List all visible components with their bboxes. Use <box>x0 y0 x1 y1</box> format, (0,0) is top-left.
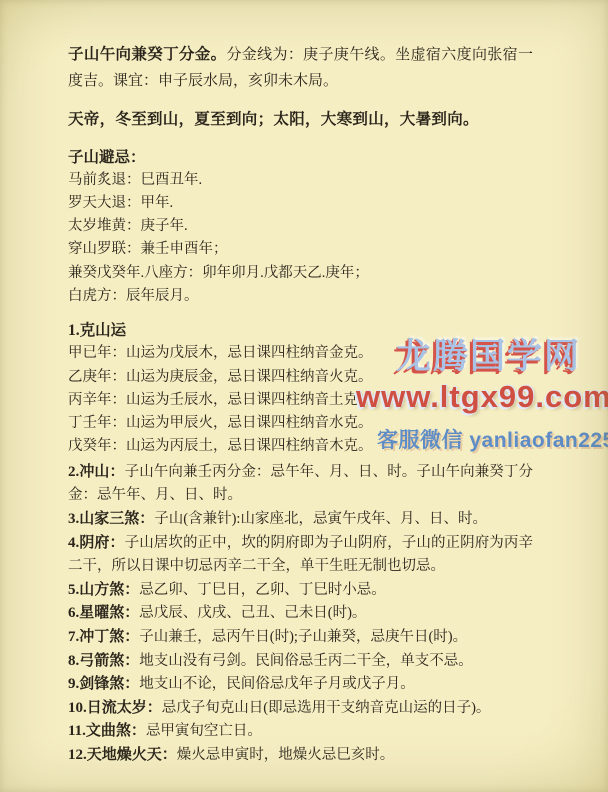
item-label: 11.文曲煞： <box>68 723 146 739</box>
taboo-item: 罗天大退：甲年. <box>68 192 533 215</box>
keshanyun-list: 甲已年：山运为戊辰木，忌日课四柱纳音金克。 乙庚年：山运为庚辰金，忌日课四柱纳音… <box>68 342 533 458</box>
item-label: 7.冲丁煞： <box>68 629 139 645</box>
item-text: 地支山不论，民间俗忌戊年子月或戊子月。 <box>139 676 415 692</box>
numbered-item-4: 4.阴府：子山居坎的正中，坎的阴府即为子山阴府，子山的正阴府为丙辛二干，所以日课… <box>68 532 533 579</box>
keshanyun-item: 丙辛年：山运为壬辰水，忌日课四柱纳音土克。 <box>68 389 533 412</box>
tiandi-paragraph: 天帝，冬至到山，夏至到向；太阳，大寒到山，大暑到向。 <box>68 110 533 130</box>
item-text: 子山午向兼壬丙分金：忌午年、月、日、时。子山午向兼癸丁分金：忌午年、月、日、时。 <box>68 464 533 504</box>
taboo-item: 太岁堆黄：庚子年. <box>68 215 533 238</box>
numbered-item-11: 11.文曲煞：忌甲寅旬空亡日。 <box>68 720 533 744</box>
item-text: 子山(含兼针):山家座北，忌寅午戌年、月、日、时。 <box>154 511 487 527</box>
item-label: 2.冲山： <box>68 464 125 480</box>
taboo-list: 马前炙退：巳酉丑年. 罗天大退：甲年. 太岁堆黄：庚子年. 穿山罗联：兼壬申酉年… <box>68 169 533 309</box>
item-label: 5.山方煞： <box>68 582 139 598</box>
item-label: 9.剑锋煞： <box>68 676 139 692</box>
item-label: 3.山家三煞： <box>68 511 154 527</box>
item-label: 8.弓箭煞： <box>68 653 139 669</box>
item-label: 4.阴府： <box>68 535 125 551</box>
keshanyun-item: 戊癸年：山运为丙辰土，忌日课四柱纳音木克。 <box>68 435 533 458</box>
item-text: 忌戊子旬克山日(即忌选用干支纳音克山运的日子)。 <box>162 700 491 716</box>
taboo-item: 兼癸戊癸年.八座方：卯年卯月.戊都天乙.庚年； <box>68 262 533 285</box>
numbered-item-7: 7.冲丁煞：子山兼壬，忌丙午日(时);子山兼癸，忌庚午日(时)。 <box>68 626 533 650</box>
item-text: 子山兼壬，忌丙午日(时);子山兼癸，忌庚午日(时)。 <box>139 629 467 645</box>
item-text: 子山居坎的正中，坎的阴府即为子山阴府，子山的正阴府为丙辛二干，所以日课中切忌丙辛… <box>68 535 533 575</box>
numbered-item-3: 3.山家三煞：子山(含兼针):山家座北，忌寅午戌年、月、日、时。 <box>68 508 533 532</box>
item-label: 6.星曜煞： <box>68 605 139 621</box>
numbered-item-9: 9.剑锋煞：地支山不论，民间俗忌戊年子月或戊子月。 <box>68 673 533 697</box>
item-text: 地支山没有弓剑。民间俗忌壬丙二干全，单支不忌。 <box>139 653 473 669</box>
item-label: 10.日流太岁： <box>68 700 162 716</box>
taboo-item: 白虎方：辰年辰月。 <box>68 285 533 308</box>
fenjin-paragraph: 子山午向兼癸丁分金。分金线为：庚子庚午线。坐虚宿六度向张宿一度吉。课宜：申子辰水… <box>68 42 533 94</box>
item-text: 燥火忌申寅时，地燥火忌巳亥时。 <box>177 747 395 763</box>
numbered-item-6: 6.星曜煞：忌戊辰、戊戌、己丑、己未日(时)。 <box>68 602 533 626</box>
page-content: 子山午向兼癸丁分金。分金线为：庚子庚午线。坐虚宿六度向张宿一度吉。课宜：申子辰水… <box>68 27 533 767</box>
keshanyun-item: 甲已年：山运为戊辰木，忌日课四柱纳音金克。 <box>68 342 533 365</box>
fenjin-heading: 子山午向兼癸丁分金。 <box>68 46 226 63</box>
keshanyun-item: 丁壬年：山运为甲辰火，忌日课四柱纳音水克。 <box>68 412 533 435</box>
keshanyun-section-title: 1.克山运 <box>68 319 533 342</box>
item-text: 忌甲寅旬空亡日。 <box>146 723 262 739</box>
numbered-item-12: 12.天地燥火天：燥火忌申寅时，地燥火忌巳亥时。 <box>68 744 533 768</box>
keshanyun-item: 乙庚年：山运为庚辰金，忌日课四柱纳音火克。 <box>68 366 533 389</box>
item-label: 12.天地燥火天： <box>68 747 177 763</box>
numbered-rules-list: 2.冲山：子山午向兼壬丙分金：忌午年、月、日、时。子山午向兼癸丁分金：忌午年、月… <box>68 461 533 768</box>
numbered-item-10: 10.日流太岁：忌戊子旬克山日(即忌选用干支纳音克山运的日子)。 <box>68 697 533 721</box>
taboo-item: 马前炙退：巳酉丑年. <box>68 169 533 192</box>
taboo-section-title: 子山避忌： <box>68 146 533 169</box>
item-text: 忌乙卯、丁巳日，乙卯、丁巳时小忌。 <box>139 582 386 598</box>
item-text: 忌戊辰、戊戌、己丑、己未日(时)。 <box>139 605 366 621</box>
numbered-item-5: 5.山方煞：忌乙卯、丁巳日，乙卯、丁巳时小忌。 <box>68 579 533 603</box>
numbered-item-2: 2.冲山：子山午向兼壬丙分金：忌午年、月、日、时。子山午向兼癸丁分金：忌午年、月… <box>68 461 533 508</box>
taboo-item: 穿山罗联：兼壬申酉年； <box>68 238 533 261</box>
numbered-item-8: 8.弓箭煞：地支山没有弓剑。民间俗忌壬丙二干全，单支不忌。 <box>68 650 533 674</box>
scanned-document-page: 子山午向兼癸丁分金。分金线为：庚子庚午线。坐虚宿六度向张宿一度吉。课宜：申子辰水… <box>0 0 608 792</box>
